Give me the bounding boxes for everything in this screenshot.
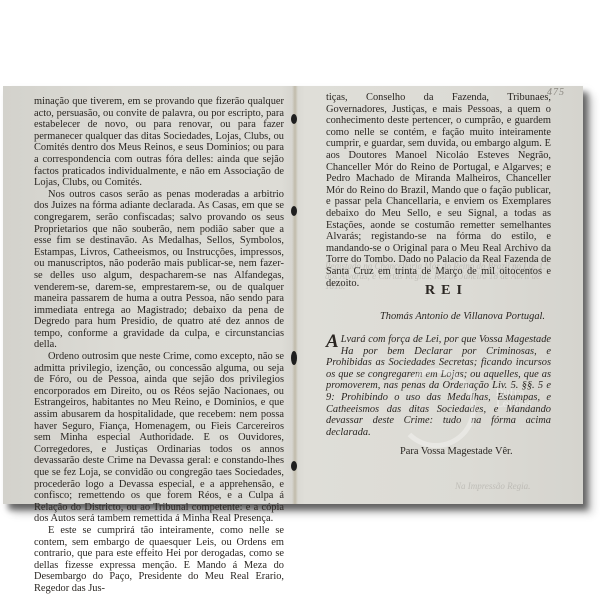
left-page-text: minação que tiverem, em se provando que …: [34, 96, 284, 595]
right-page-text: tiças, Conselho da Fazenda, Tribunaes, G…: [326, 92, 551, 289]
watermark-line: Dutra: [488, 388, 532, 399]
paragraph: tiças, Conselho da Fazenda, Tribunaes, G…: [326, 92, 551, 289]
paragraph: E este se cumprirá tão inteiramente, com…: [34, 525, 284, 595]
watermark-line: Leilões: [496, 399, 532, 410]
left-page: minação que tiverem, em se provando que …: [3, 86, 295, 504]
watermark: Dutra Leilões: [393, 388, 532, 410]
paragraph: Ordeno outrosim que neste Crime, como ex…: [34, 351, 284, 525]
closing-line: Para Vossa Magestade Vêr.: [400, 446, 513, 457]
bleed-through-imprint: Na Impressão Regia.: [455, 481, 530, 491]
drop-cap: A: [326, 334, 339, 350]
paragraph: minação que tiverem, em se provando que …: [34, 96, 284, 189]
open-document-spread: minação que tiverem, em se provando que …: [3, 86, 583, 504]
signature-heading: REI: [425, 283, 468, 299]
paragraph: Nos outros casos serão as penas moderada…: [34, 189, 284, 351]
signer-name: Thomás Antonio de Villanova Portugal.: [360, 311, 545, 322]
